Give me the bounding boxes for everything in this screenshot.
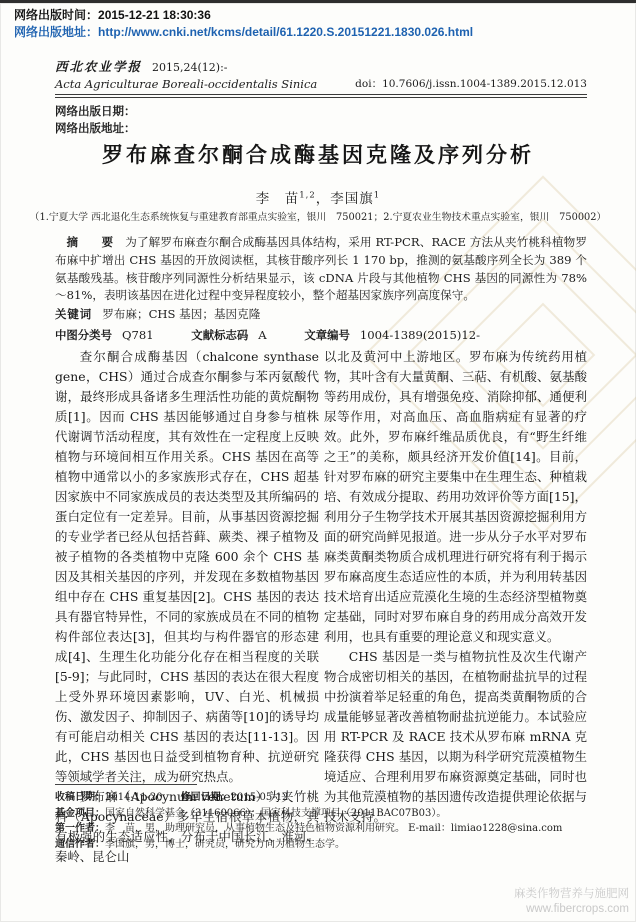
publish-url-line: 网络出版地址：http://www.cnki.net/kcms/detail/6… [14,24,473,41]
publish-time-label: 网络出版时间： [14,8,98,22]
site-watermark: 麻类作物营养与施肥网 www.fibercrops.com [514,887,629,917]
online-publish-meta: 网络出版时间：2015-12-21 18:30:36 网络出版地址：http:/… [14,7,473,41]
abstract-paragraph: 摘 要为了解罗布麻查尔酮合成酶基因具体结构，采用 RT-PCR、RACE 方法从… [55,234,587,304]
doc-code-value: A [258,328,266,342]
journal-name-cn: 西北农业学报 [55,59,142,74]
doc-code-label: 文献标志码 [191,330,248,342]
first-author-label: 第一作者： [55,823,105,834]
journal-subtitle-row: Acta Agriculturae Boreali-occidentalis S… [55,76,587,91]
revised-date-value: 2015-05-12 [231,792,289,803]
article-no-label: 文章编号 [304,330,350,342]
body-paragraph: 查尔酮合成酶基因（chalcone synthase gene，CHS）通过合成… [55,347,319,787]
journal-title-row: 西北农业学报2015,24(12):- [55,60,587,75]
fund-label: 基金项目： [55,808,105,819]
publish-time-value: 2015-12-21 18:30:36 [98,8,211,22]
journal-doi: doi：10.7606/j.issn.1004-1389.2015.12.013 [355,76,587,91]
online-date-label: 网络出版日期： [55,104,587,121]
revised-date-label: 修回日期： [181,792,231,803]
abstract-text: 为了解罗布麻查尔酮合成酶基因具体结构，采用 RT-PCR、RACE 方法从夹竹桃… [55,235,587,302]
received-date-value: 2014-11-20 [105,792,163,803]
body-column-right: 以北及黄河中上游地区。罗布麻为传统药用植物，其叶含有大量黄酮、三萜、有机酸、氨基… [324,347,587,827]
journal-name-en: Acta Agriculturae Boreali-occidentalis S… [55,77,317,91]
fund-value: 国家自然科学基金（31160066）；国家科技支撑项目（2011BAC07B03… [105,808,446,819]
page-title: 罗布麻查尔酮合成酶基因克隆及序列分析 [0,139,636,169]
journal-issue: 2015,24(12):- [152,61,228,74]
clc-label: 中图分类号 [55,330,112,342]
abstract-label: 摘 要 [67,237,120,249]
body-paragraph: 以北及黄河中上游地区。罗布麻为传统药用植物，其叶含有大量黄酮、三萜、有机酸、氨基… [324,347,587,647]
online-url-label: 网络出版地址： [55,121,587,138]
corresponding-author-label: 通信作者： [55,839,105,850]
footnote-fund-line: 基金项目：国家自然科学基金（31160066）；国家科技支撑项目（2011BAC… [55,806,595,822]
keywords-line: 关键词罗布麻；CHS 基因；基因克隆 [55,306,587,324]
author-1: 李 苗 [256,191,300,207]
author-2-affil-sup: 1 [374,191,380,201]
article-no-value: 1004-1389(2015)12- [360,328,480,342]
online-publish-labels: 网络出版日期： 网络出版地址： [55,104,587,137]
author-2: 李国旗 [330,191,374,207]
footnote-corresponding-line: 通信作者：李国旗，男，博士，研究员，研究方向为植物生态学。 [55,837,595,853]
site-watermark-name: 麻类作物营养与施肥网 [514,887,629,902]
front-matter: 摘 要为了解罗布麻查尔酮合成酶基因具体结构，采用 RT-PCR、RACE 方法从… [55,234,587,346]
affiliation-line: （1.宁夏大学 西北退化生态系统恢复与重建教育部重点实验室，银川 750021；… [0,209,636,223]
site-watermark-url: www.fibercrops.com [514,902,629,917]
footnote-dates-line: 收稿日期：2014-11-20修回日期：2015-05-12 [55,790,595,806]
author-1-affil-sup: 1,2 [299,191,316,201]
clc-value: Q781 [122,328,154,342]
keywords-label: 关键词 [55,309,92,321]
publish-url-link[interactable]: http://www.cnki.net/kcms/detail/61.1220.… [98,25,473,39]
header-divider [55,94,587,98]
journal-header: 西北农业学报2015,24(12):- Acta Agriculturae Bo… [55,60,587,137]
corresponding-author-value: 李国旗，男，博士，研究员，研究方向为植物生态学。 [105,839,345,850]
classification-line: 中图分类号Q781 文献标志码A 文章编号1004-1389(2015)12- [55,327,587,345]
publish-url-label: 网络出版地址： [14,25,98,39]
footnotes-block: 收稿日期：2014-11-20修回日期：2015-05-12 基金项目：国家自然… [55,784,595,852]
first-author-value: 李 苗，男，助理研究员，从事植物生态及特色植物资源利用研究。 E-mail：li… [105,823,562,834]
authors-line: 李 苗1,2，李国旗1 [0,187,636,207]
keywords-text: 罗布麻；CHS 基因；基因克隆 [102,307,260,321]
footnote-divider [55,784,197,785]
author-separator: ， [316,191,331,207]
paper-page: 网络出版时间：2015-12-21 18:30:36 网络出版地址：http:/… [0,0,636,922]
publish-time-line: 网络出版时间：2015-12-21 18:30:36 [14,7,473,24]
received-date-label: 收稿日期： [55,792,105,803]
footnote-first-author-line: 第一作者：李 苗，男，助理研究员，从事植物生态及特色植物资源利用研究。 E-ma… [55,821,595,837]
